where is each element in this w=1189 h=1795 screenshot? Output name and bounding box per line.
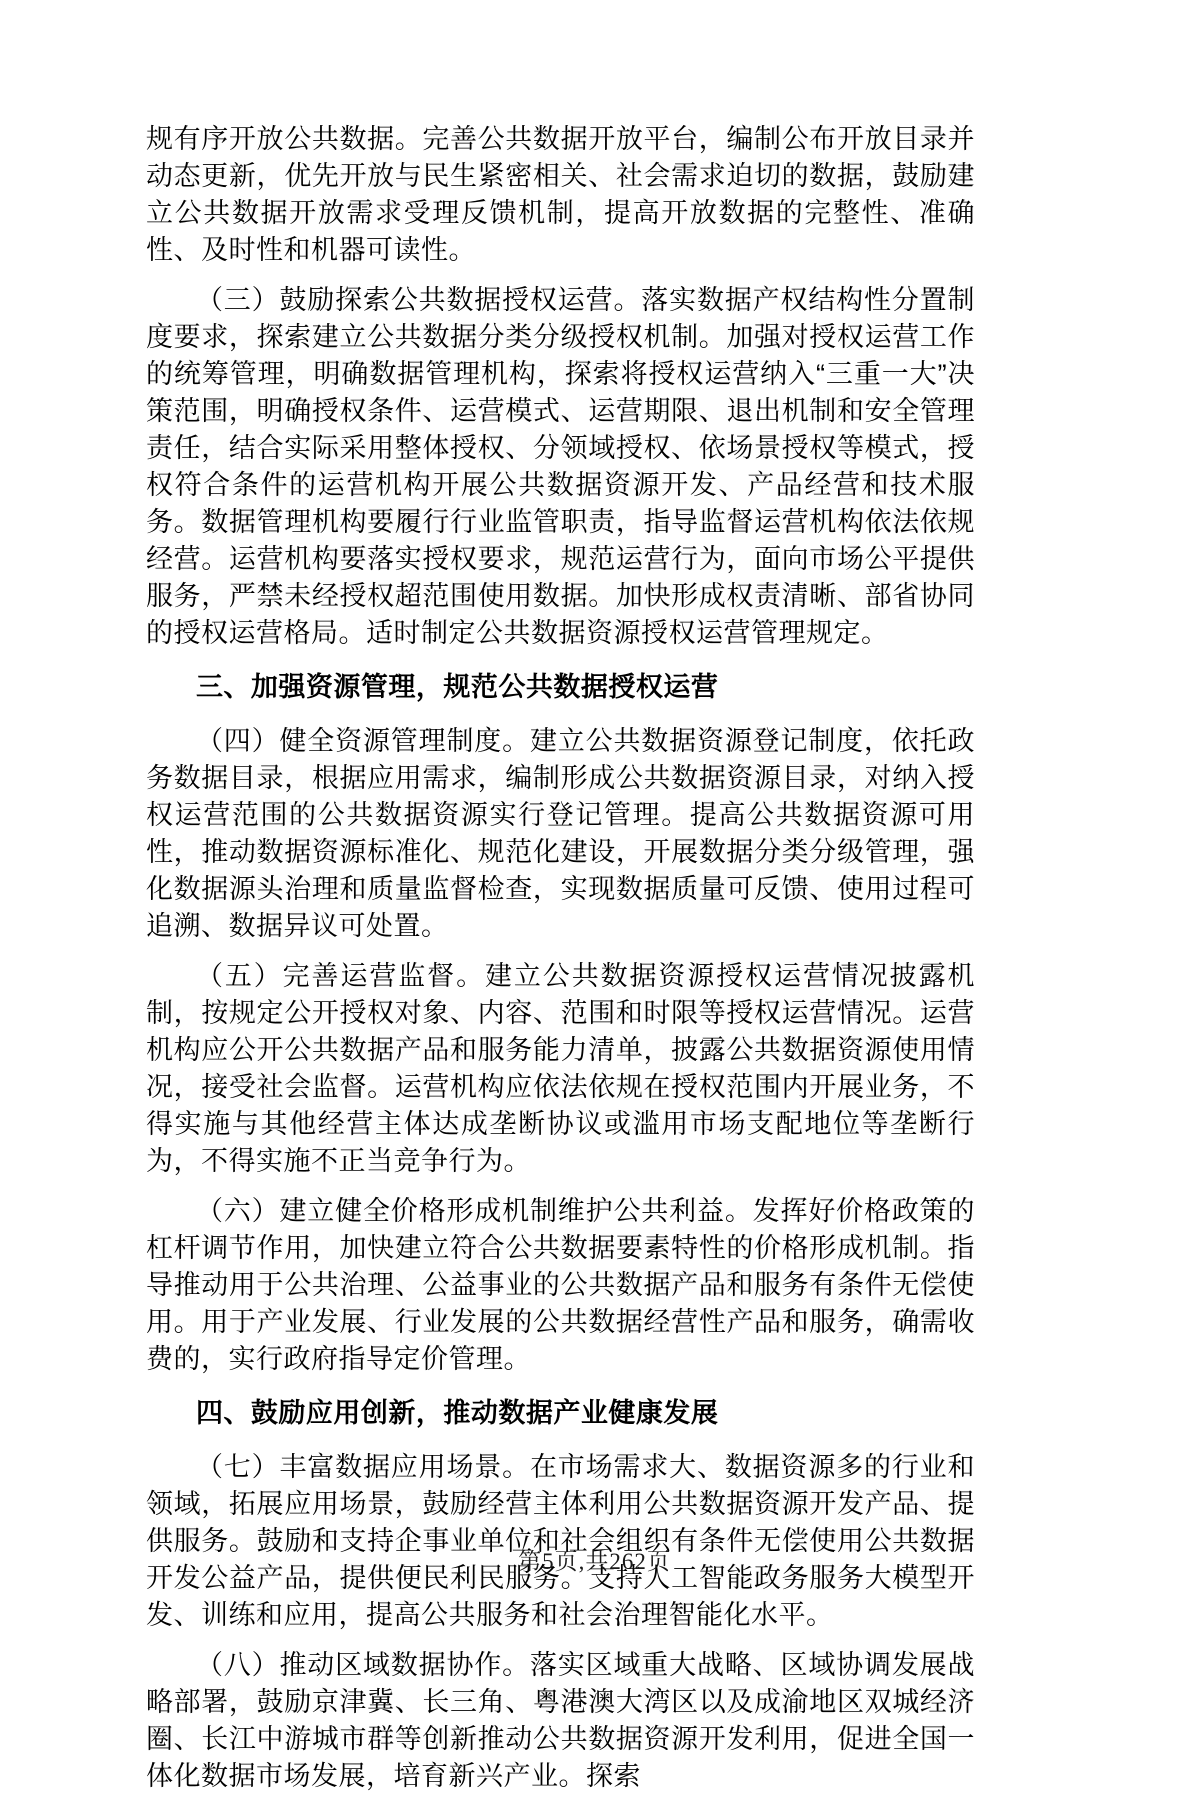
paragraph-item-6: （六）建立健全价格形成机制维护公共利益。发挥好价格政策的杠杆调节作用，加快建立符… — [146, 1193, 975, 1378]
section-heading-3: 三、加强资源管理，规范公共数据授权运营 — [146, 669, 975, 706]
paragraph-item-5: （五）完善运营监督。建立公共数据资源授权运营情况披露机制，按规定公开授权对象、内… — [146, 958, 975, 1180]
page-number: 第5页,共262页 — [518, 1549, 671, 1574]
paragraph-item-7: （七）丰富数据应用场景。在市场需求大、数据资源多的行业和领域，拓展应用场景，鼓励… — [146, 1449, 975, 1634]
paragraph-item-4: （四）健全资源管理制度。建立公共数据资源登记制度，依托政务数据目录，根据应用需求… — [146, 723, 975, 945]
document-page: 规有序开放公共数据。完善公共数据开放平台，编制公布开放目录并动态更新，优先开放与… — [0, 0, 1189, 1683]
page-footer: 第5页,共262页 — [0, 1543, 1189, 1576]
section-heading-4: 四、鼓励应用创新，推动数据产业健康发展 — [146, 1395, 975, 1432]
paragraph-item-3: （三）鼓励探索公共数据授权运营。落实数据产权结构性分置制度要求，探索建立公共数据… — [146, 282, 975, 652]
paragraph-item-8: （八）推动区域数据协作。落实区域重大战略、区域协调发展战略部署，鼓励京津冀、长三… — [146, 1647, 975, 1795]
paragraph-continuation: 规有序开放公共数据。完善公共数据开放平台，编制公布开放目录并动态更新，优先开放与… — [146, 121, 975, 269]
